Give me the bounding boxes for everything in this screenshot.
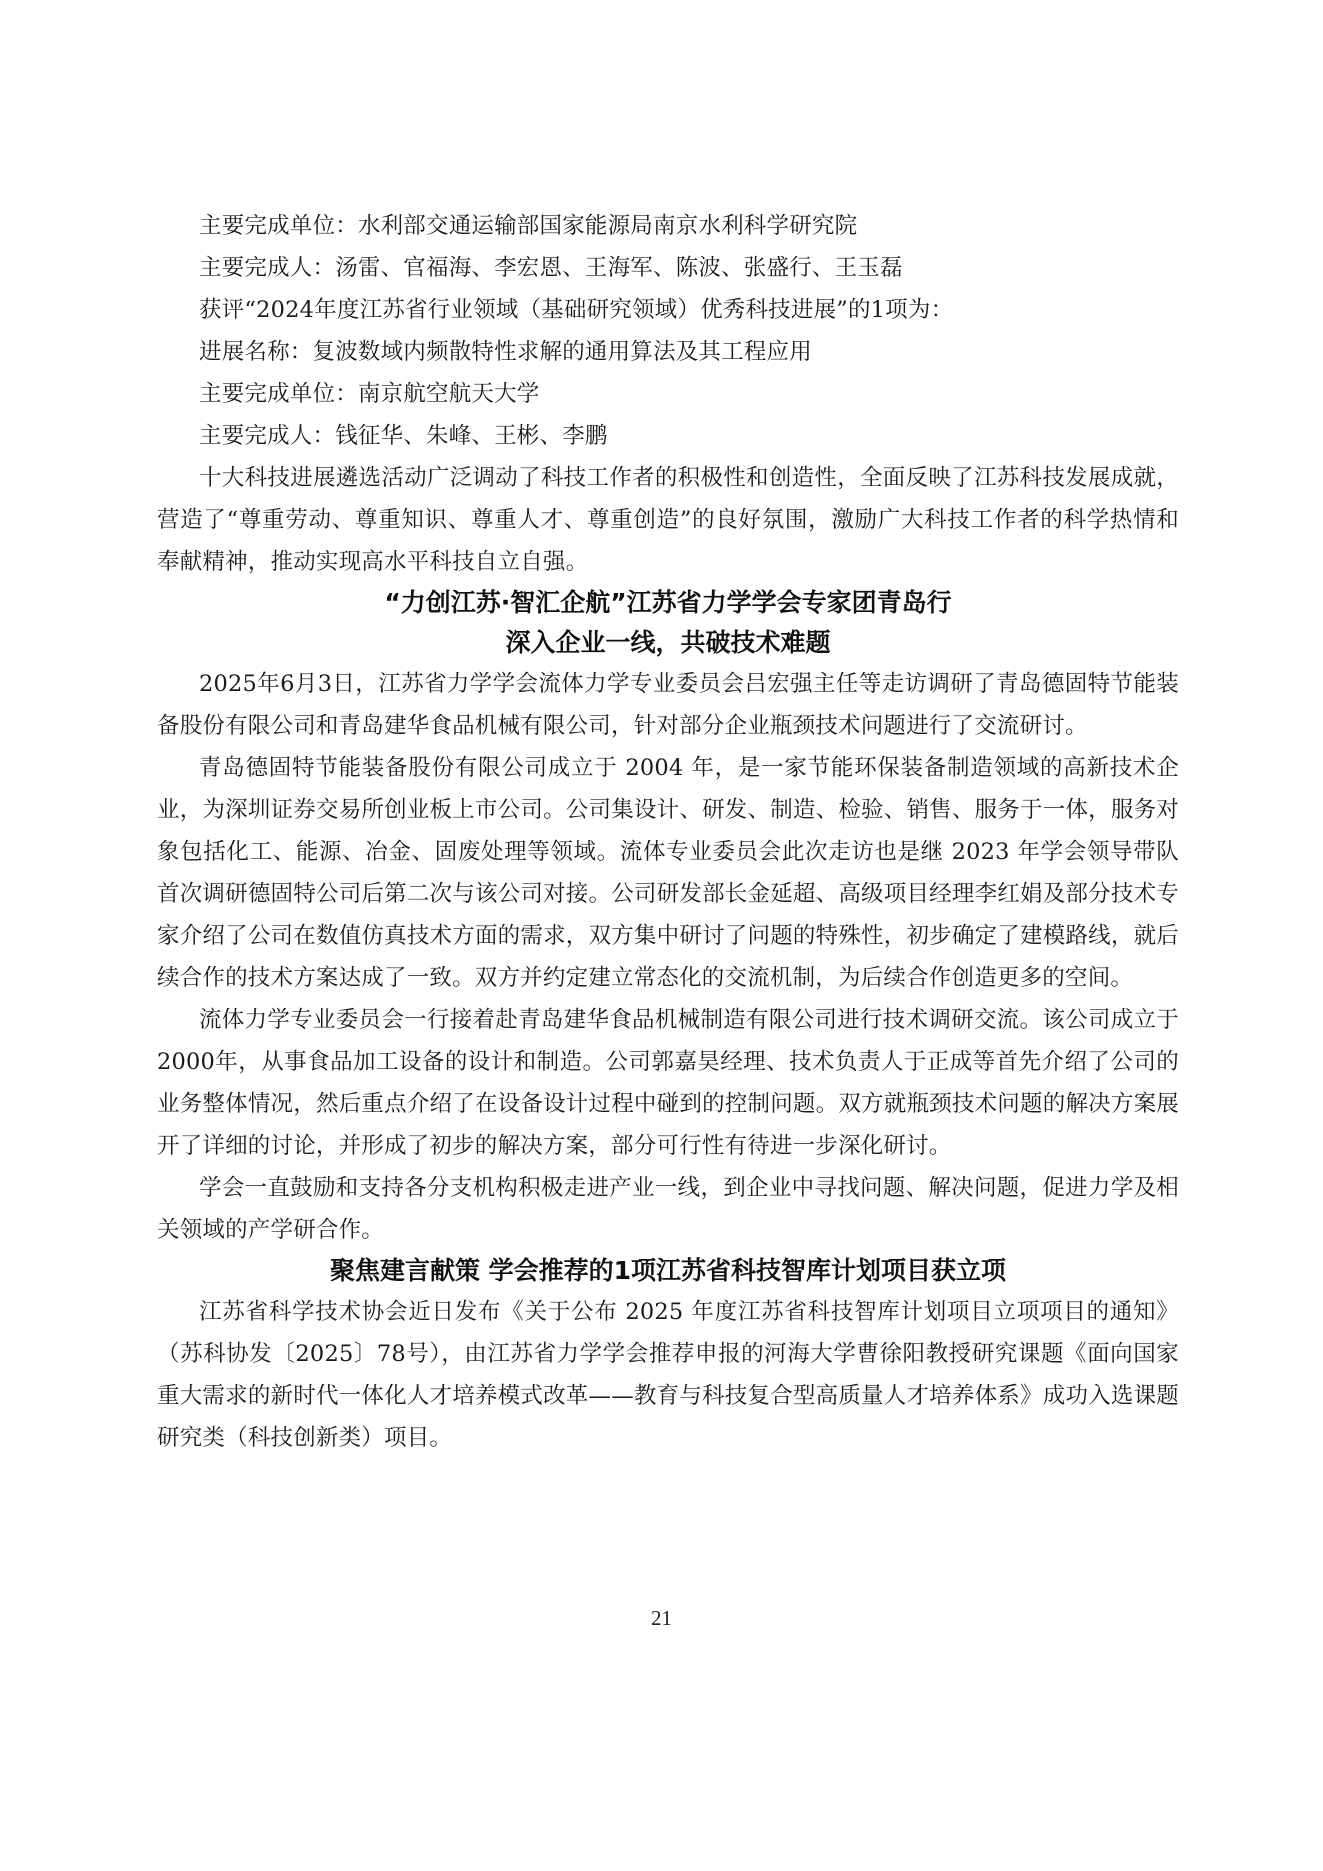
completion-unit-1: 主要完成单位：水利部交通运输部国家能源局南京水利科学研究院 xyxy=(157,205,1179,247)
article-3-title: 聚焦建言献策 学会推荐的1项江苏省科技智库计划项目获立项 xyxy=(157,1251,1179,1291)
page-number: 21 xyxy=(0,1606,1323,1631)
article-2-title-line-1: “力创江苏·智汇企航”江苏省力学学会专家团青岛行 xyxy=(157,583,1179,623)
article-2-paragraph: 学会一直鼓励和支持各分支机构积极走进产业一线，到企业中寻找问题、解决问题，促进力… xyxy=(157,1167,1179,1251)
completion-unit-2: 主要完成单位：南京航空航天大学 xyxy=(157,373,1179,415)
closing-paragraph: 十大科技进展遴选活动广泛调动了科技工作者的积极性和创造性，全面反映了江苏科技发展… xyxy=(157,457,1179,583)
progress-name: 进展名称：复波数域内频散特性求解的通用算法及其工程应用 xyxy=(157,331,1179,373)
article-3-paragraph: 江苏省科学技术协会近日发布《关于公布 2025 年度江苏省科技智库计划项目立项项… xyxy=(157,1291,1179,1459)
completion-persons-2: 主要完成人：钱征华、朱峰、王彬、李鹏 xyxy=(157,415,1179,457)
article-2-title-line-2: 深入企业一线，共破技术难题 xyxy=(157,623,1179,663)
article-2-paragraph: 流体力学专业委员会一行接着赴青岛建华食品机械制造有限公司进行技术调研交流。该公司… xyxy=(157,999,1179,1167)
article-2-paragraph: 青岛德固特节能装备股份有限公司成立于 2004 年，是一家节能环保装备制造领域的… xyxy=(157,747,1179,999)
completion-persons-1: 主要完成人：汤雷、官福海、李宏恩、王海军、陈波、张盛行、王玉磊 xyxy=(157,247,1179,289)
article-2-paragraph: 2025年6月3日，江苏省力学学会流体力学专业委员会吕宏强主任等走访调研了青岛德… xyxy=(157,663,1179,747)
document-page: 主要完成单位：水利部交通运输部国家能源局南京水利科学研究院 主要完成人：汤雷、官… xyxy=(157,205,1179,1459)
award-announcement: 获评“2024年度江苏省行业领域（基础研究领域）优秀科技进展”的1项为： xyxy=(157,289,1179,331)
